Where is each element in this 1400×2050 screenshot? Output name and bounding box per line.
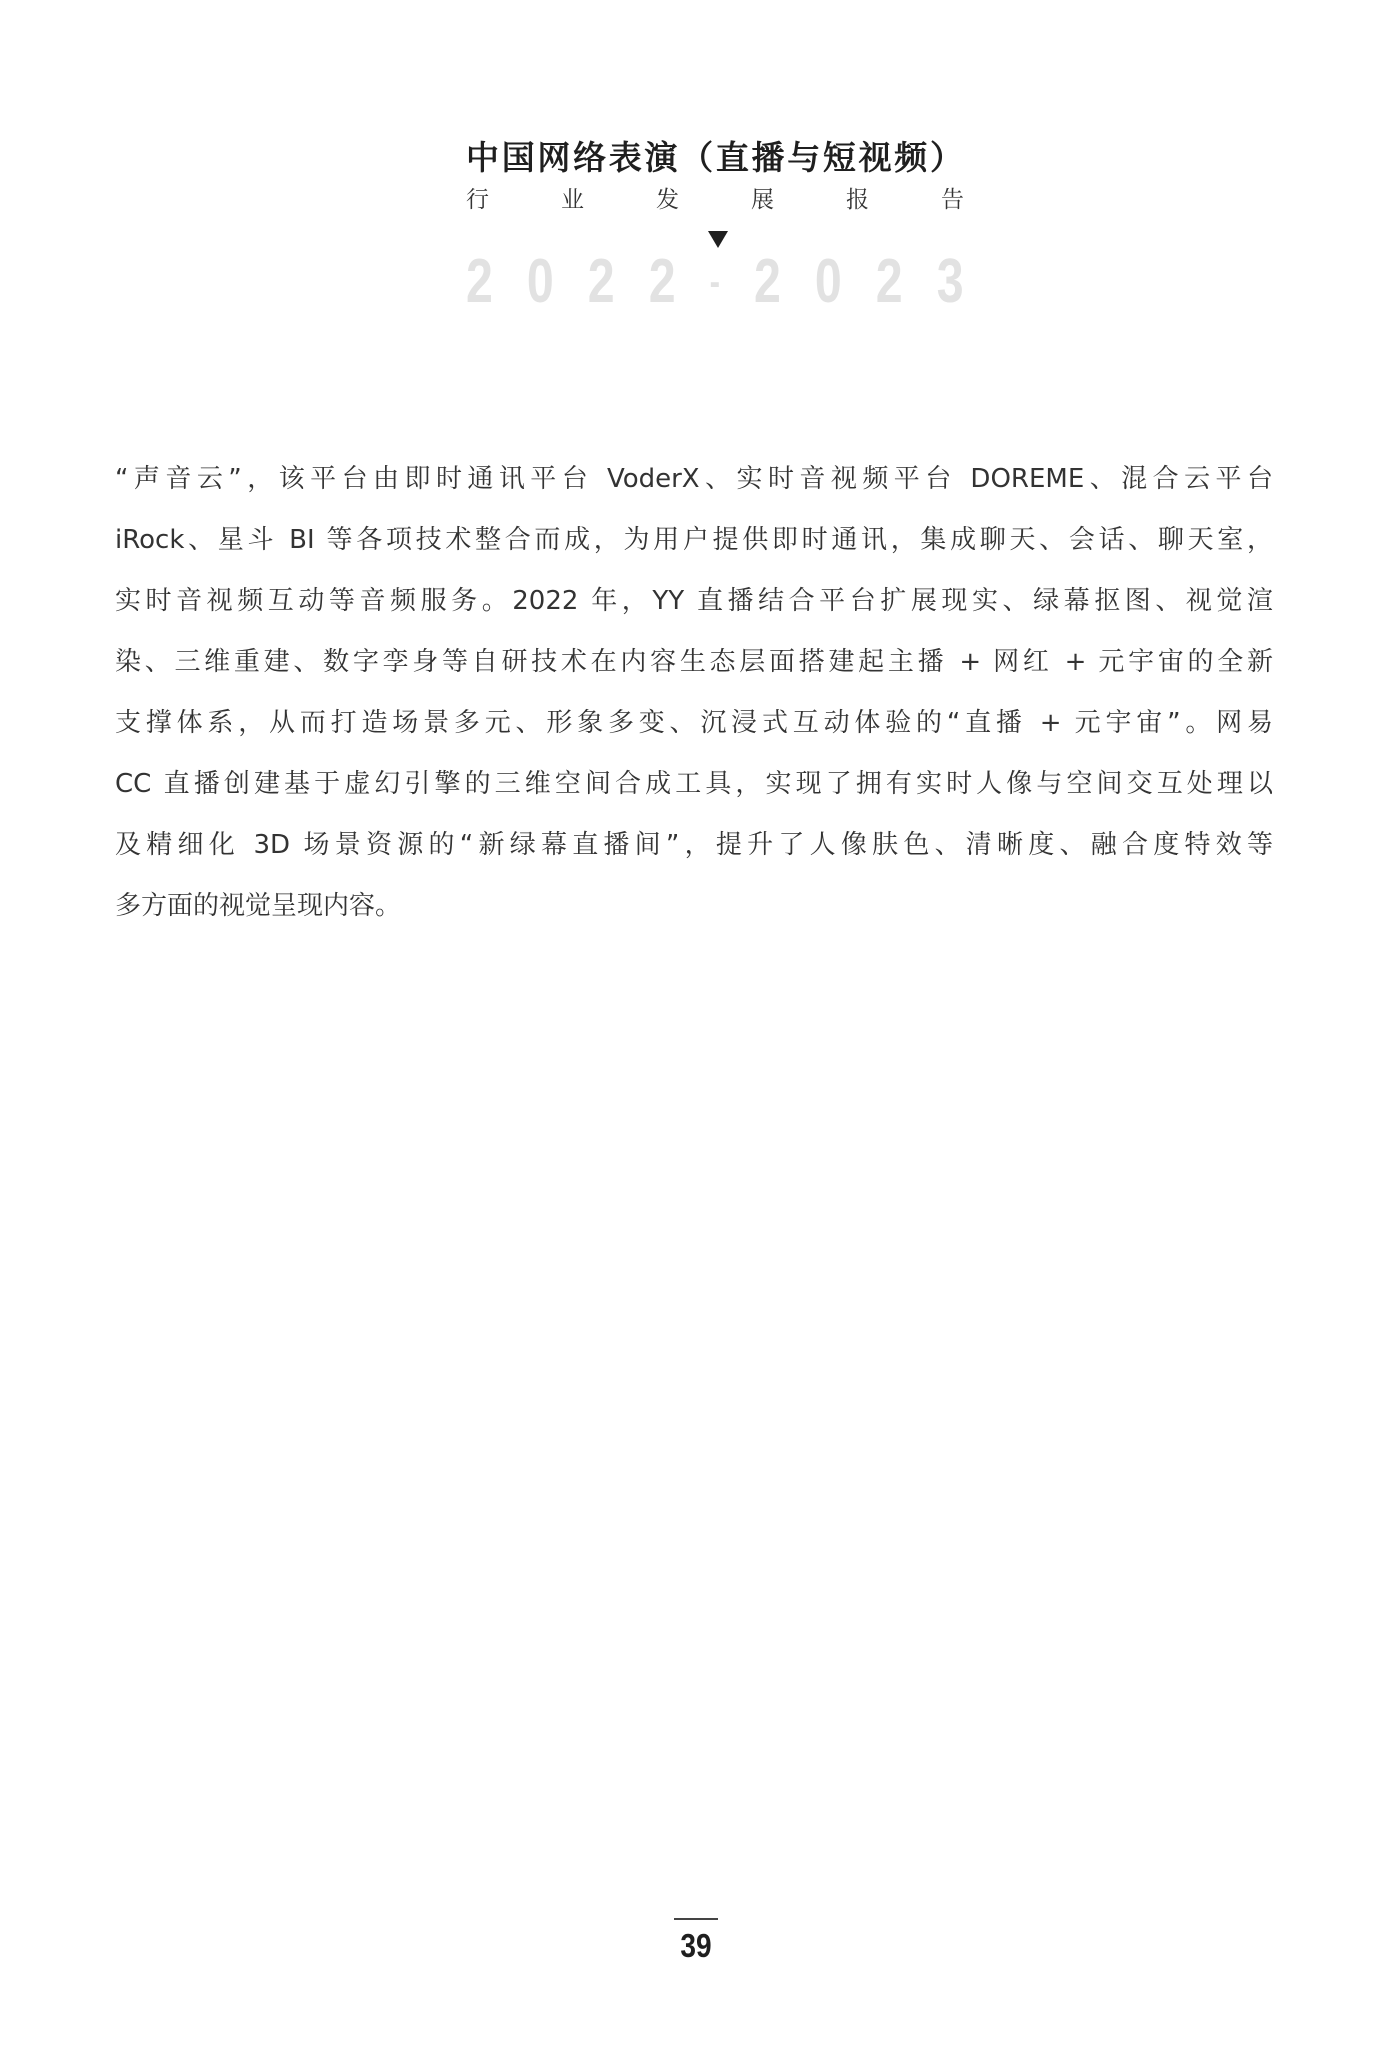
paragraph-line: 多方面的视觉呈现内容。 [115, 883, 1273, 944]
report-title: 中国网络表演（直播与短视频） [466, 136, 964, 180]
year-digit: 2 [649, 252, 676, 312]
page-number-rule [674, 1918, 718, 1920]
page-footer: 39 [672, 1918, 720, 1964]
paragraph-line: 实时音视频互动等音频服务。2022 年，YY 直播结合平台扩展现实、绿幕抠图、视… [115, 578, 1273, 639]
body-paragraph: “声音云”，该平台由即时通讯平台 VoderX、实时音视频平台 DOREME、混… [115, 456, 1273, 944]
year-digit: 2 [466, 252, 493, 312]
page-number: 39 [676, 1928, 717, 1964]
subtitle-char: 展 [751, 186, 774, 214]
year-digit: 0 [815, 252, 842, 312]
year-digit: 0 [527, 252, 554, 312]
year-dash: - [710, 252, 720, 312]
paragraph-line: 支撑体系，从而打造场景多元、形象多变、沉浸式互动体验的“直播 + 元宇宙”。网易 [115, 700, 1273, 761]
report-subtitle: 行 业 发 展 报 告 [466, 186, 964, 214]
subtitle-char: 行 [466, 186, 489, 214]
paragraph-line: 染、三维重建、数字孪身等自研技术在内容生态层面搭建起主播 + 网红 + 元宇宙的… [115, 639, 1273, 700]
subtitle-char: 发 [656, 186, 679, 214]
subtitle-char: 报 [846, 186, 869, 214]
paragraph-line: “声音云”，该平台由即时通讯平台 VoderX、实时音视频平台 DOREME、混… [115, 456, 1273, 517]
subtitle-char: 告 [941, 186, 964, 214]
paragraph-line: CC 直播创建基于虚幻引擎的三维空间合成工具，实现了拥有实时人像与空间交互处理以 [115, 761, 1273, 822]
triangle-down-icon [708, 231, 728, 249]
year-digit: 2 [588, 252, 615, 312]
subtitle-char: 业 [561, 186, 584, 214]
paragraph-line: iRock、星斗 BI 等各项技术整合而成，为用户提供即时通讯，集成聊天、会话、… [115, 517, 1273, 578]
year-range-watermark: 2 0 2 2 - 2 0 2 3 [466, 252, 964, 312]
paragraph-line: 及精细化 3D 场景资源的“新绿幕直播间”，提升了人像肤色、清晰度、融合度特效等 [115, 822, 1273, 883]
year-digit: 3 [937, 252, 964, 312]
year-digit: 2 [754, 252, 781, 312]
year-digit: 2 [876, 252, 903, 312]
report-header: 中国网络表演（直播与短视频） 行 业 发 展 报 告 2 0 2 2 - 2 0… [466, 136, 964, 214]
